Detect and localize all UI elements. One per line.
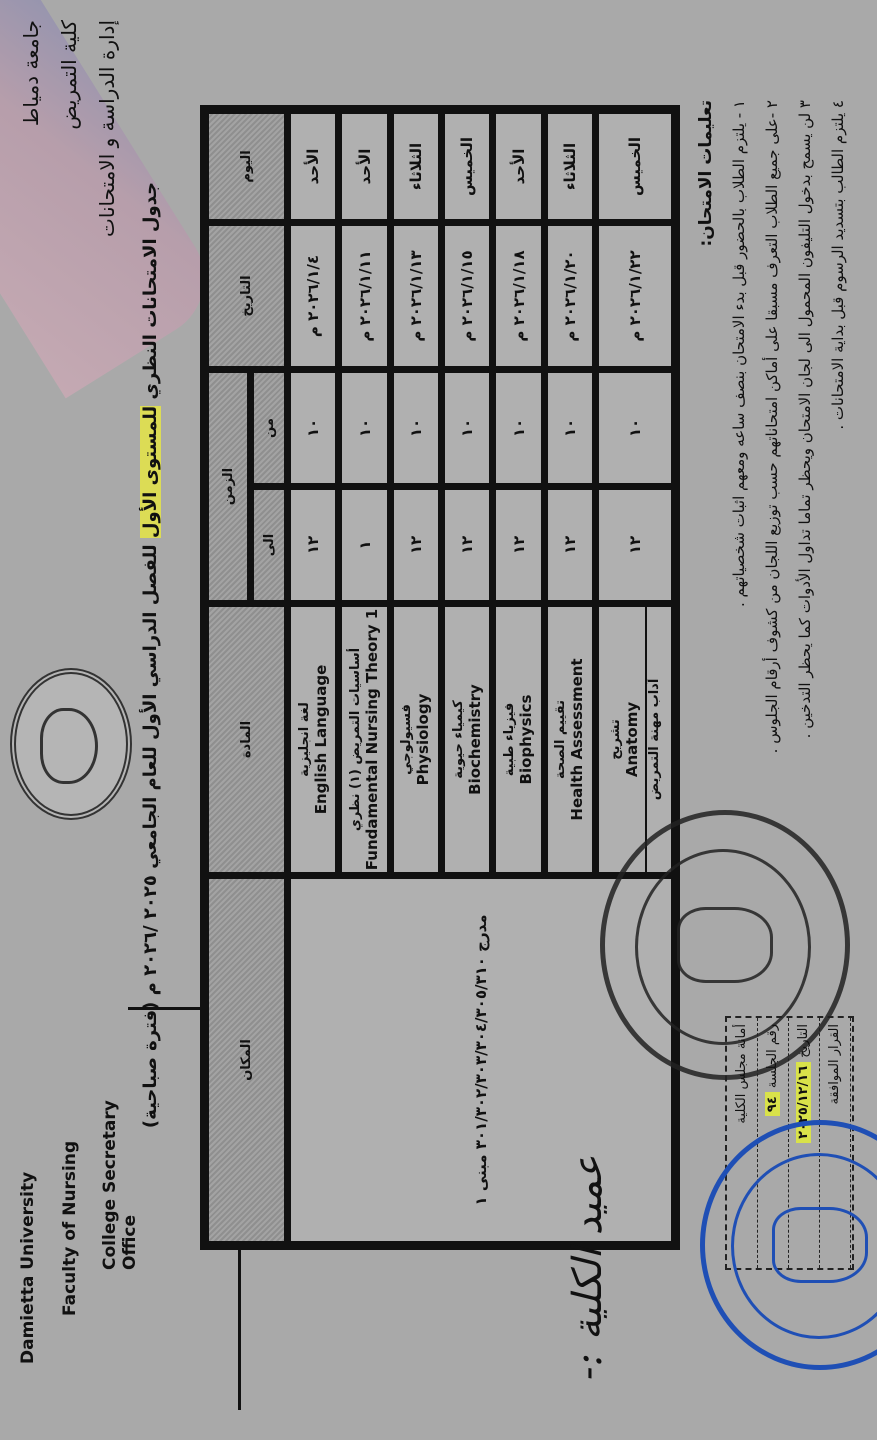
subject-ar: فسيولوجي (399, 607, 414, 872)
header-location: المكان (207, 877, 286, 1243)
cell-day: الأحد (289, 112, 337, 221)
english-header: Damietta University Faculty of Nursing C… (18, 1050, 140, 1380)
cell-date: ٢٠٢٦/١/١١ م (340, 224, 388, 368)
dean-signature: عميد الكلية :- (565, 1155, 611, 1380)
subject-en: Anatomy (623, 607, 641, 872)
subject-en: Fundamental Nursing Theory 1 (363, 607, 381, 872)
cell-time-to: ١٢ (597, 488, 673, 602)
faculty-logo-icon (10, 668, 132, 820)
cell-subject: فسيولوجيPhysiology (392, 605, 440, 874)
subject-ar: أساسيات التمريض (١) نظري (348, 607, 363, 872)
cell-day: الخميس (597, 112, 673, 221)
header-time: الزمن (207, 371, 249, 602)
university-name-ar: جامعة دمياط (12, 20, 50, 320)
cell-time-from: ١٠ (494, 371, 542, 485)
subject-en: Physiology (414, 607, 432, 872)
title-level-highlight: للمستوى الأول (140, 406, 161, 538)
cell-time-to: ١٢ (289, 488, 337, 602)
cell-subject: تقييم الصحةHealth Assessment (546, 605, 594, 874)
cell-date: ٢٠٢٦/١/١٣ م (392, 224, 440, 368)
title-part2: للفصل الدراسي الأول للعام الجامعي ٢٠٢٥ /… (140, 544, 161, 995)
table-header-row: اليوم التاريخ الزمن المادة المكان (207, 112, 249, 1243)
subject-en: Biophysics (517, 607, 535, 872)
subject-ar: لغة انجليزية (297, 607, 312, 872)
page-title: جدول الامتحانات النظري للمستوى الأول للف… (140, 110, 161, 1200)
cell-subject: فيزياء طبيةBiophysics (494, 605, 542, 874)
subject-ar: كيمياء حيوية (451, 607, 466, 872)
cell-subject: لغة انجليزيةEnglish Language (289, 605, 337, 874)
cell-time-from: ١٠ (289, 371, 337, 485)
title-period: (فترة صباحية) (140, 1002, 161, 1128)
arabic-header: جامعة دمياط كلية التمريض إدارة الدراسة و… (12, 20, 126, 320)
cell-day: الثلاثاء (546, 112, 594, 221)
header-date: التاريخ (207, 224, 286, 368)
exam-schedule-table: اليوم التاريخ الزمن المادة المكان من الى… (200, 105, 680, 1250)
header-time-to: الى (252, 488, 286, 602)
cell-date: ٢٠٢٦/١/١٥ م (443, 224, 491, 368)
university-name-en: Damietta University (18, 1050, 38, 1364)
cell-time-to: ١٢ (546, 488, 594, 602)
header-time-from: من (252, 371, 286, 485)
eagle-emblem-icon (677, 907, 773, 983)
cell-day: الأحد (494, 112, 542, 221)
cell-time-from: ١٠ (340, 371, 388, 485)
exam-schedule-document: Damietta University Faculty of Nursing C… (0, 0, 877, 1440)
cell-subject: أساسيات التمريض (١) نظريFundamental Nurs… (340, 605, 388, 874)
faculty-name-en: Faculty of Nursing (60, 1050, 80, 1316)
cell-day: الثلاثاء (392, 112, 440, 221)
cell-date: ٢٠٢٦/١/٢٢ م (597, 224, 673, 368)
cell-time-from: ١٠ (443, 371, 491, 485)
subject-en: Health Assessment (568, 607, 586, 872)
cell-date: ٢٠٢٦/١/٤ م (289, 224, 337, 368)
cell-time-to: ١٢ (494, 488, 542, 602)
cell-date: ٢٠٢٦/١/٢٠ م (546, 224, 594, 368)
subject-ar: تشريح (608, 607, 623, 872)
cell-time-from: ١٠ (546, 371, 594, 485)
subject-en: Biochemistry (466, 607, 484, 872)
cell-time-to: ١ (340, 488, 388, 602)
decision-value: الموافقة (827, 1059, 842, 1104)
cell-subject: كيمياء حيويةBiochemistry (443, 605, 491, 874)
cell-time-from: ١٠ (597, 371, 673, 485)
office-name-ar: إدارة الدراسة و الامتحانات (88, 20, 126, 320)
cell-day: الخميس (443, 112, 491, 221)
subject-ar: تقييم الصحة (553, 607, 568, 872)
title-part1: جدول الامتحانات النظري (140, 182, 161, 400)
session-number: ٩٤ (765, 1092, 780, 1116)
cell-time-from: ١٠ (392, 371, 440, 485)
cell-date: ٢٠٢٦/١/١٨ م (494, 224, 542, 368)
cell-time-to: ١٢ (392, 488, 440, 602)
subject-en: English Language (312, 607, 330, 872)
faculty-name-ar: كلية التمريض (50, 20, 88, 320)
cell-day: الأحد (340, 112, 388, 221)
header-subject: المادة (207, 605, 286, 874)
cell-time-to: ١٢ (443, 488, 491, 602)
eagle-emblem-icon (772, 1207, 868, 1283)
header-day: اليوم (207, 112, 286, 221)
subject-ar: فيزياء طبية (502, 607, 517, 872)
table-row: الأحد٢٠٢٦/١/٤ م١٠١٢لغة انجليزيةEnglish L… (289, 112, 337, 1243)
